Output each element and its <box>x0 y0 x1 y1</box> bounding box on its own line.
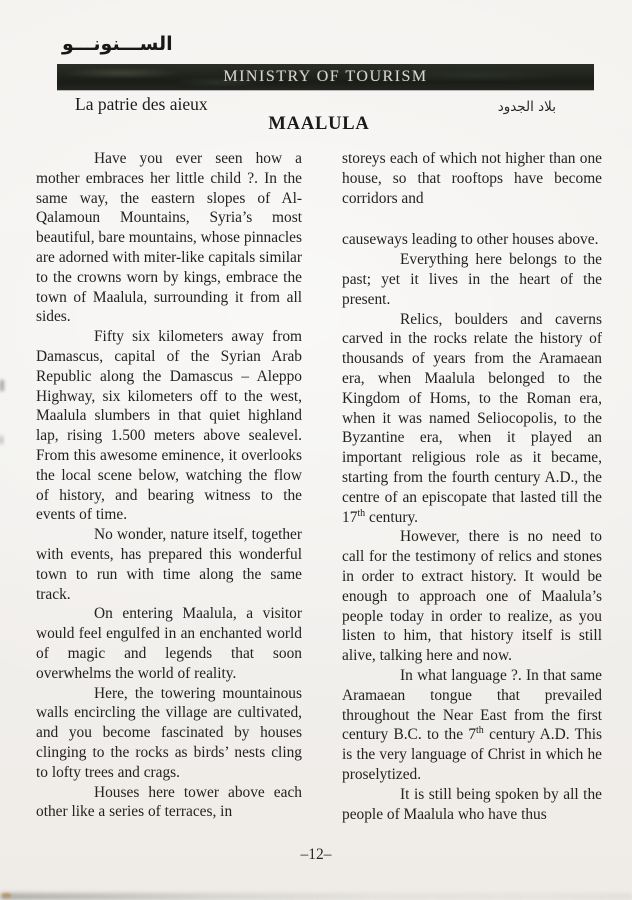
paragraph-everything-past: Everything here belongs to the past; yet… <box>342 250 602 309</box>
right-column: storeys each of which not higher than on… <box>342 149 602 824</box>
scan-artifact-bottom-edge <box>0 893 632 900</box>
magazine-title-arabic: الســـنونـــو <box>62 33 173 55</box>
paragraph-storeys: storeys each of which not higher than on… <box>342 149 602 208</box>
article-title: MAALULA <box>36 114 602 135</box>
left-column: Have you ever seen how a mother embraces… <box>36 149 302 824</box>
paragraph-still-spoken: It is still being spoken by all the peop… <box>342 785 602 825</box>
scan-artifact-left-speck <box>0 380 4 391</box>
paragraph-relics-text: Relics, boulders and caverns carved in t… <box>342 311 602 526</box>
paragraph-causeways: causeways leading to other houses above. <box>342 230 602 250</box>
ordinal-superscript: th <box>357 507 365 518</box>
scanned-magazine-page: الســـنونـــو MINISTRY OF TOURISM La pat… <box>0 0 632 900</box>
subtitle-french: La patrie des aieux <box>75 94 208 115</box>
ministry-banner-title: MINISTRY OF TOURISM <box>57 64 594 90</box>
scan-artifact-left-speck <box>0 436 3 444</box>
article-body: Have you ever seen how a mother embraces… <box>36 149 602 824</box>
paragraph-embrace: Have you ever seen how a mother embraces… <box>36 149 302 327</box>
ministry-banner: MINISTRY OF TOURISM <box>57 64 594 90</box>
paragraph-language: In what language ?. In that same Aramaea… <box>342 666 602 785</box>
ordinal-superscript: th <box>476 725 484 736</box>
scan-artifact-corner-speck <box>2 893 11 898</box>
paragraph-relics-tail: century. <box>365 509 418 526</box>
paragraph-towering-walls: Here, the towering mountainous walls enc… <box>36 684 302 783</box>
paragraph-on-entering: On entering Maalula, a visitor would fee… <box>36 604 302 683</box>
subtitle-arabic: بلاد الجدود <box>498 99 556 115</box>
paragraph-fifty-six-km: Fifty six kilometers away from Damascus,… <box>36 327 302 525</box>
paragraph-no-wonder: No wonder, nature itself, together with … <box>36 525 302 604</box>
paragraph-houses-tower: Houses here tower above each other like … <box>36 783 302 823</box>
paragraph-relics: Relics, boulders and caverns carved in t… <box>342 310 602 528</box>
paragraph-however: However, there is no need to call for th… <box>342 527 602 666</box>
page-number: –12– <box>0 846 632 864</box>
